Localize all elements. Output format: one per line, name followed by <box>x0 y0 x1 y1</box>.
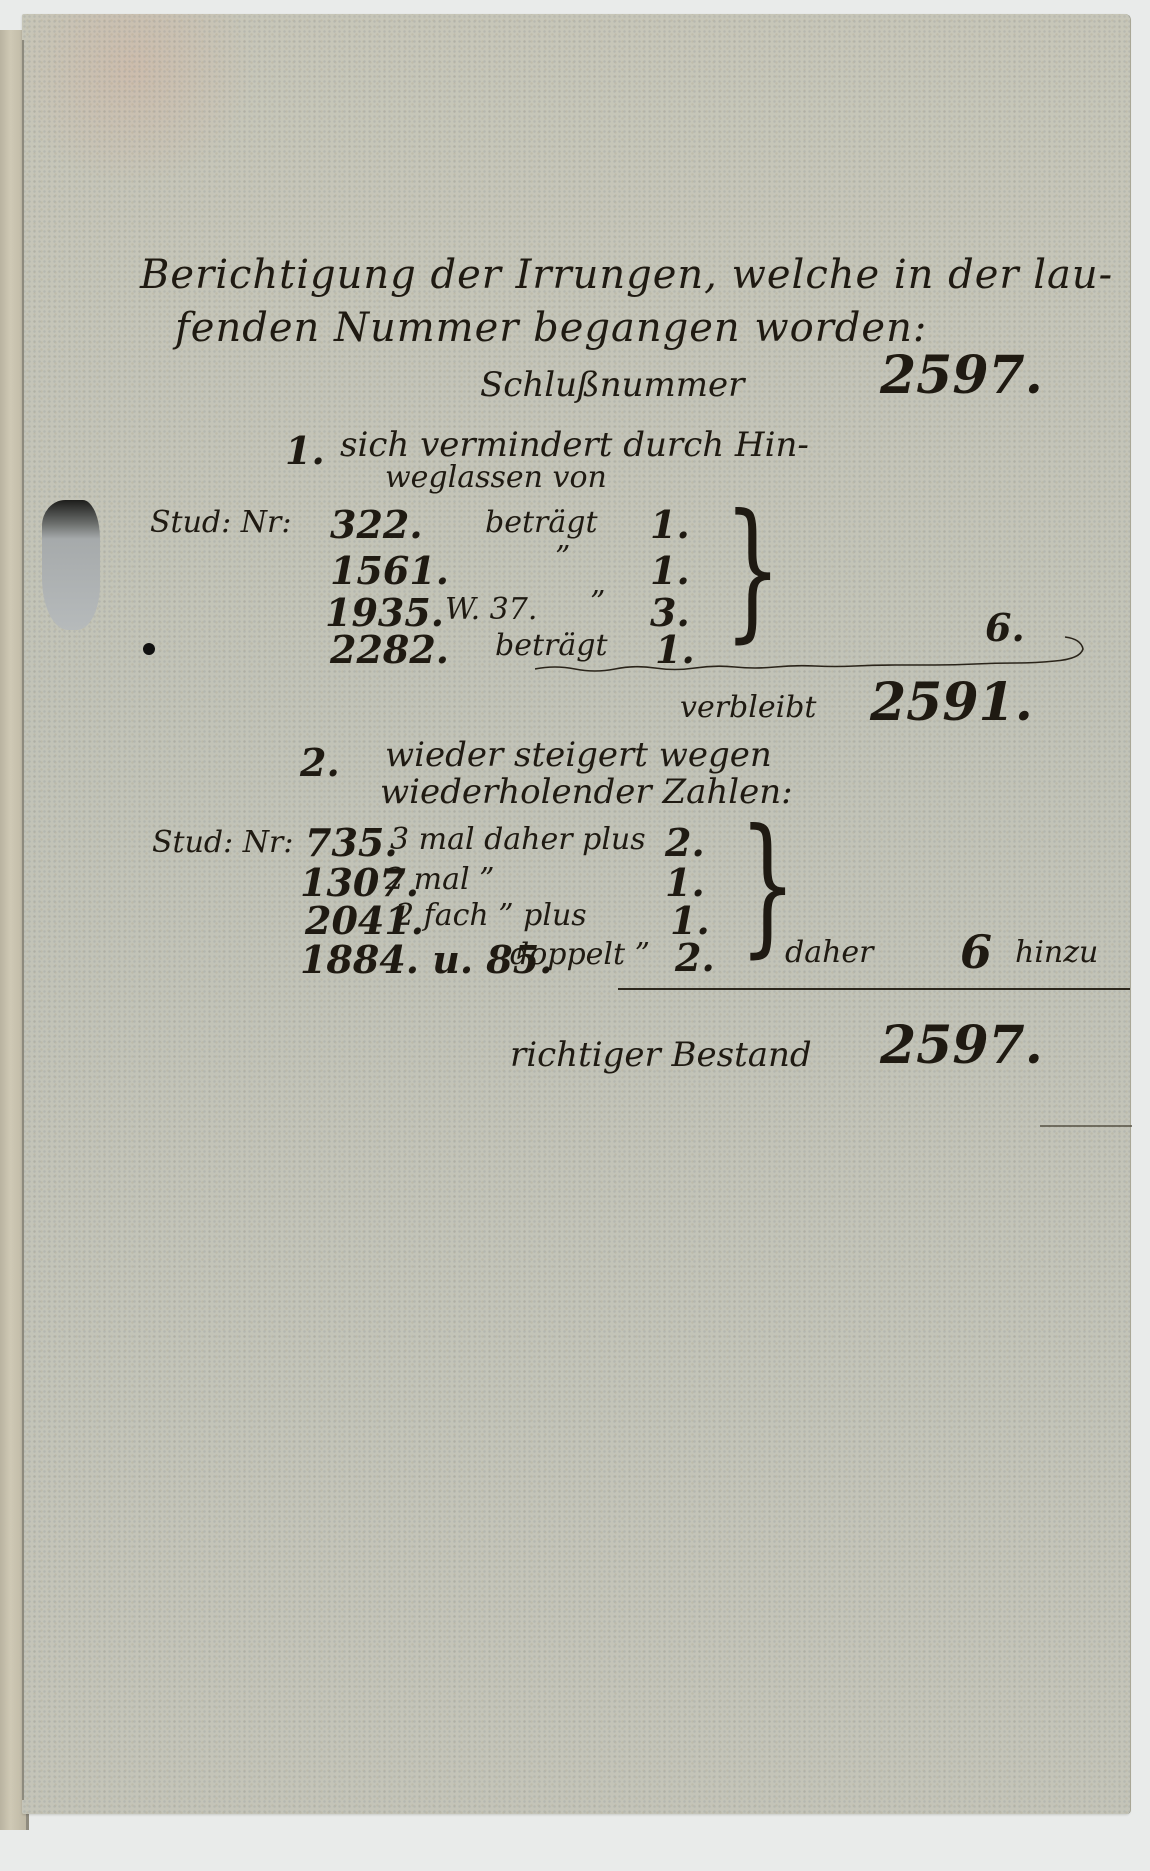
sum-rule <box>618 988 1130 990</box>
wavy-underline <box>535 635 1095 675</box>
table-row-amount: 2. <box>675 935 715 980</box>
section1-number: 1. <box>285 428 325 473</box>
section1-line2: weglassen von <box>385 460 607 495</box>
final-value: 2597. <box>880 1015 1043 1076</box>
table-row-amount: 1. <box>650 548 690 593</box>
section2-total: 6 <box>960 925 992 979</box>
table-row-desc: beträgt <box>485 505 598 540</box>
section2-line2: wiederholender Zahlen: <box>380 772 793 812</box>
section1-prefix: Stud: Nr: <box>150 505 291 540</box>
page-crease <box>1040 1125 1132 1127</box>
table-row-mark: ” <box>590 585 605 620</box>
schlussnummer-value: 2597. <box>880 345 1043 406</box>
remaining-label: verbleibt <box>680 690 816 725</box>
section1-line1: sich vermindert durch Hin- <box>340 425 809 465</box>
section2-total-suffix: hinzu <box>1015 935 1098 970</box>
section2-number: 2. <box>300 740 340 785</box>
bracket-icon: } <box>724 495 781 645</box>
table-row-amount: 2. <box>665 820 705 865</box>
table-row-amount: 1. <box>650 502 690 547</box>
table-row-nr: 322. <box>330 502 423 547</box>
heading-line-1: Berichtigung der Irrungen, welche in der… <box>140 252 1113 298</box>
daher-label: daher <box>785 935 874 970</box>
spine-shadow <box>22 40 24 1800</box>
table-row-desc: W. 37. <box>445 592 537 627</box>
table-row-desc: 2 fach ” plus <box>395 898 587 933</box>
section2-line1: wieder steigert wegen <box>385 735 772 775</box>
table-row-nr: 2282. <box>330 627 449 672</box>
table-row-desc: ” <box>555 540 570 575</box>
table-row-nr: 735. <box>305 820 398 865</box>
remaining-value: 2591. <box>870 672 1033 733</box>
final-label: richtiger Bestand <box>510 1035 812 1075</box>
schlussnummer-label: Schlußnummer <box>480 365 744 405</box>
section2-prefix: Stud: Nr: <box>152 825 293 860</box>
ink-blot <box>143 643 155 655</box>
table-row-desc: doppelt ” <box>510 937 650 972</box>
table-row-nr: 1561. <box>330 548 449 593</box>
table-row-desc: 3 mal daher plus <box>390 822 646 857</box>
table-row-desc: 2 mal ” <box>385 862 494 897</box>
torn-hole <box>42 500 100 630</box>
heading-line-2: fenden Nummer begangen worden: <box>175 305 927 351</box>
